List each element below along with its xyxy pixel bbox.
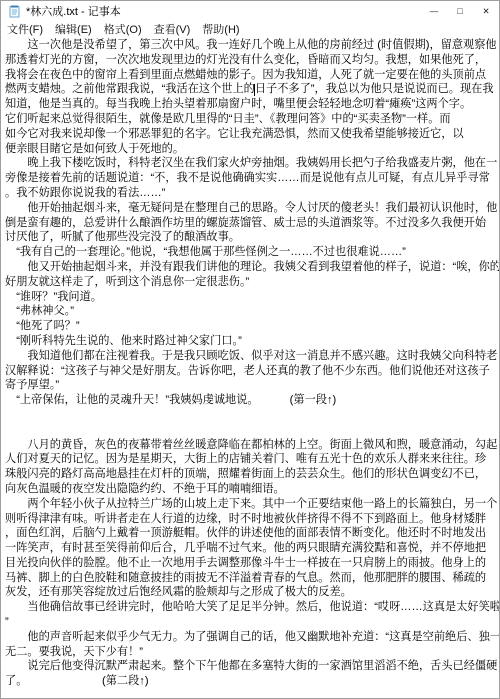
minimize-button[interactable]: — bbox=[421, 1, 447, 21]
text-line: 两个年轻小伙子从拉特兰广场的山坡上走下来。其中一个正要结束他一路上的长篇独白，另… bbox=[5, 497, 499, 512]
text-line: “弗林神父。” bbox=[5, 304, 499, 319]
title-bar[interactable]: *林六成.txt - 记事本 — □ ✕ bbox=[1, 1, 499, 21]
text-line: 无二。要我说，天下少有！” bbox=[5, 645, 499, 660]
text-line: 讨厌他了，听腻了他那些没完没了的酿酒故事。 bbox=[5, 230, 499, 245]
text-line: 便亲眼目睹它是如何致人于死地的。 bbox=[5, 142, 499, 157]
text-line: 我知道他们都在注视着我。于是我只顾吃饭、似乎对这一消息并不感兴趣。这时我姨父向科… bbox=[5, 349, 499, 364]
text-line: 汉解释说：“这孩子与神父是好朋友。告诉你吧，老人还真的教了他不少东西。他们说他还… bbox=[5, 364, 499, 379]
text-line: 寄予厚望。” bbox=[5, 378, 499, 393]
text-line: 。我不妨跟你说说我的看法……” bbox=[5, 186, 499, 201]
text-line: 珠般闪亮的路灯高高地悬挂在灯杆的顶端，照耀着街面上的芸芸众生。他们的形状色调变幻… bbox=[5, 467, 499, 482]
text-line: 当他确信故事已经讲完时，他哈哈大笑了足足半分钟。然后，他说道：“哎呀……这真是太… bbox=[5, 600, 499, 615]
text-line: 他开始抽起烟斗来，毫无疑问是在整理自己的思路。令人讨厌的傻老头！我们最初认识他时… bbox=[5, 201, 499, 216]
text-line: “上帝保佑，让他的灵魂升天！”我姨妈虔诚地说。 (第一段↑) bbox=[5, 393, 499, 408]
menu-file[interactable]: 文件(F) bbox=[1, 21, 49, 37]
text-line bbox=[5, 408, 499, 423]
text-line: 向灰色温暖的夜空发出隐隐约约、不绝于耳的喃喃细语。 bbox=[5, 482, 499, 497]
text-line: 了。 (第二段↑) bbox=[5, 674, 499, 689]
text-line: 则听得津津有味。听讲者走在人行道的边缘，时不时地被伙伴挤得不得不下到路面上。他身… bbox=[5, 512, 499, 527]
text-line: 说完后他变得沉默严肃起来。整个下午他都在多塞特大街的一家酒馆里滔滔不绝，舌头已经… bbox=[5, 659, 499, 674]
text-line: 它们听起来总觉得很陌生，就像是欧几里得的“日圭”、《教理问答》中的“买卖圣物”一… bbox=[5, 112, 499, 127]
text-line: 他的声音听起来似乎少气无力。为了强调自己的话，他又幽默地补充道：“这真是空前绝后… bbox=[5, 630, 499, 645]
maximize-button[interactable]: □ bbox=[447, 1, 473, 21]
text-line: 马裤、脚上的白色胶鞋和随意披挂的雨披无不洋溢着青春的气息。然而，他那肥胖的腰围、… bbox=[5, 571, 499, 586]
text-line: 八月的黄昏，灰色的夜幕带着丝丝暖意降临在都柏林的上空。街面上微风和煦，暖意涌动，… bbox=[5, 438, 499, 453]
window-controls: — □ ✕ bbox=[421, 1, 499, 21]
text-editor-area[interactable]: 这一次他是没希望了，第三次中风。我一连好几个晚上从他的房前经过 (时值假期)，留… bbox=[1, 36, 499, 699]
text-line: 旁像是接着先前的话题说道：“不，我不是说他确确实实……而是说他有点儿可疑，有点儿… bbox=[5, 171, 499, 186]
menu-help[interactable]: 帮助(H) bbox=[196, 21, 245, 37]
text-line: 这一次他是没希望了，第三次中风。我一连好几个晚上从他的房前经过 (时值假期)，留… bbox=[5, 38, 499, 53]
menu-view[interactable]: 查看(V) bbox=[148, 21, 197, 37]
text-line: 灰发，还有那笑容绽放过后饱经风霜的脸颊却与之形成了极大的反差。 bbox=[5, 585, 499, 600]
text-line: 他又开始抽起烟斗来，并没有跟我们讲他的理论。我姨父看到我望着他的样子，说道：“唉… bbox=[5, 260, 499, 275]
text-line: 好朋友就这样走了，听到这个消息你一定很悲伤。” bbox=[5, 275, 499, 290]
text-line: “谁呀？”我问道。 bbox=[5, 290, 499, 305]
menu-format[interactable]: 格式(O) bbox=[98, 21, 148, 37]
notepad-icon bbox=[8, 5, 21, 18]
text-line: “他死了吗？” bbox=[5, 319, 499, 334]
text-line: 晚上我下楼吃饭时，科特老汉坐在我们家火炉旁抽烟。我姨妈用长把勺子给我盛麦片粥，他… bbox=[5, 156, 499, 171]
text-line: ” bbox=[5, 615, 499, 630]
text-line: 如今它对我来说却像一个邪恶罪犯的名字。它让我充满恐惧，然而又使我希望能够接近它，… bbox=[5, 127, 499, 142]
text-line: “刚听科特先生说的、他来时路过神父家门口。” bbox=[5, 334, 499, 349]
text-line: “我有自己的一套理论。”他说，“我想他属于那些怪例之一……不过也很难说……” bbox=[5, 245, 499, 260]
text-line: ，面色红润，后脑勺上戴着一顶游艇帽。伙伴的讲述使他的面部表情不断变化。他还时不时… bbox=[5, 526, 499, 541]
text-line: 燃两支蜡烛。之前他常跟我说，“我活在这个世上的日子不多了”，我总以为他只是说说而… bbox=[5, 82, 499, 97]
close-button[interactable]: ✕ bbox=[473, 1, 499, 21]
text-line: 目光投向伙伴的脸膛。他不止一次地用手去调整那像斗牛士一样披在一只肩膀上的雨披。他… bbox=[5, 556, 499, 571]
text-line: 倒是蛮有趣的，总爱讲什么酿酒作坊里的螺旋蒸馏管、威士忌的头道酒浆等。不过没多久我… bbox=[5, 216, 499, 231]
text-line: 我将会在夜色中的窗帘上看到里面点燃蜡烛的影子。因为我知道，人死了就一定要在他的头… bbox=[5, 68, 499, 83]
text-line bbox=[5, 423, 499, 438]
window-title: *林六成.txt - 记事本 bbox=[26, 3, 421, 19]
notepad-window: *林六成.txt - 记事本 — □ ✕ 文件(F) 编辑(E) 格式(O) 查… bbox=[0, 0, 500, 699]
text-line: 人们对夏天的记忆。因为是星期天，大街上的店铺关着门、唯有五光十色的欢乐人群来来往… bbox=[5, 452, 499, 467]
text-line: 那透着灯光的方窗，一次次地发现里边的灯光没有什么变化，昏暗而又均匀。我想，如果他… bbox=[5, 53, 499, 68]
text-caret bbox=[254, 84, 255, 96]
text-line: 知道，他是当真的。每当我晚上抬头望着那扇窗户时，嘴里便会轻轻地念叨着“瘫痪”这两… bbox=[5, 97, 499, 112]
menu-edit[interactable]: 编辑(E) bbox=[49, 21, 98, 37]
menu-bar: 文件(F) 编辑(E) 格式(O) 查看(V) 帮助(H) bbox=[1, 21, 499, 36]
text-line: 一阵笑声，有时甚至笑得前仰后合，几乎喘不过气来。他的两只眼睛充满狡黠和喜悦，并不… bbox=[5, 541, 499, 556]
